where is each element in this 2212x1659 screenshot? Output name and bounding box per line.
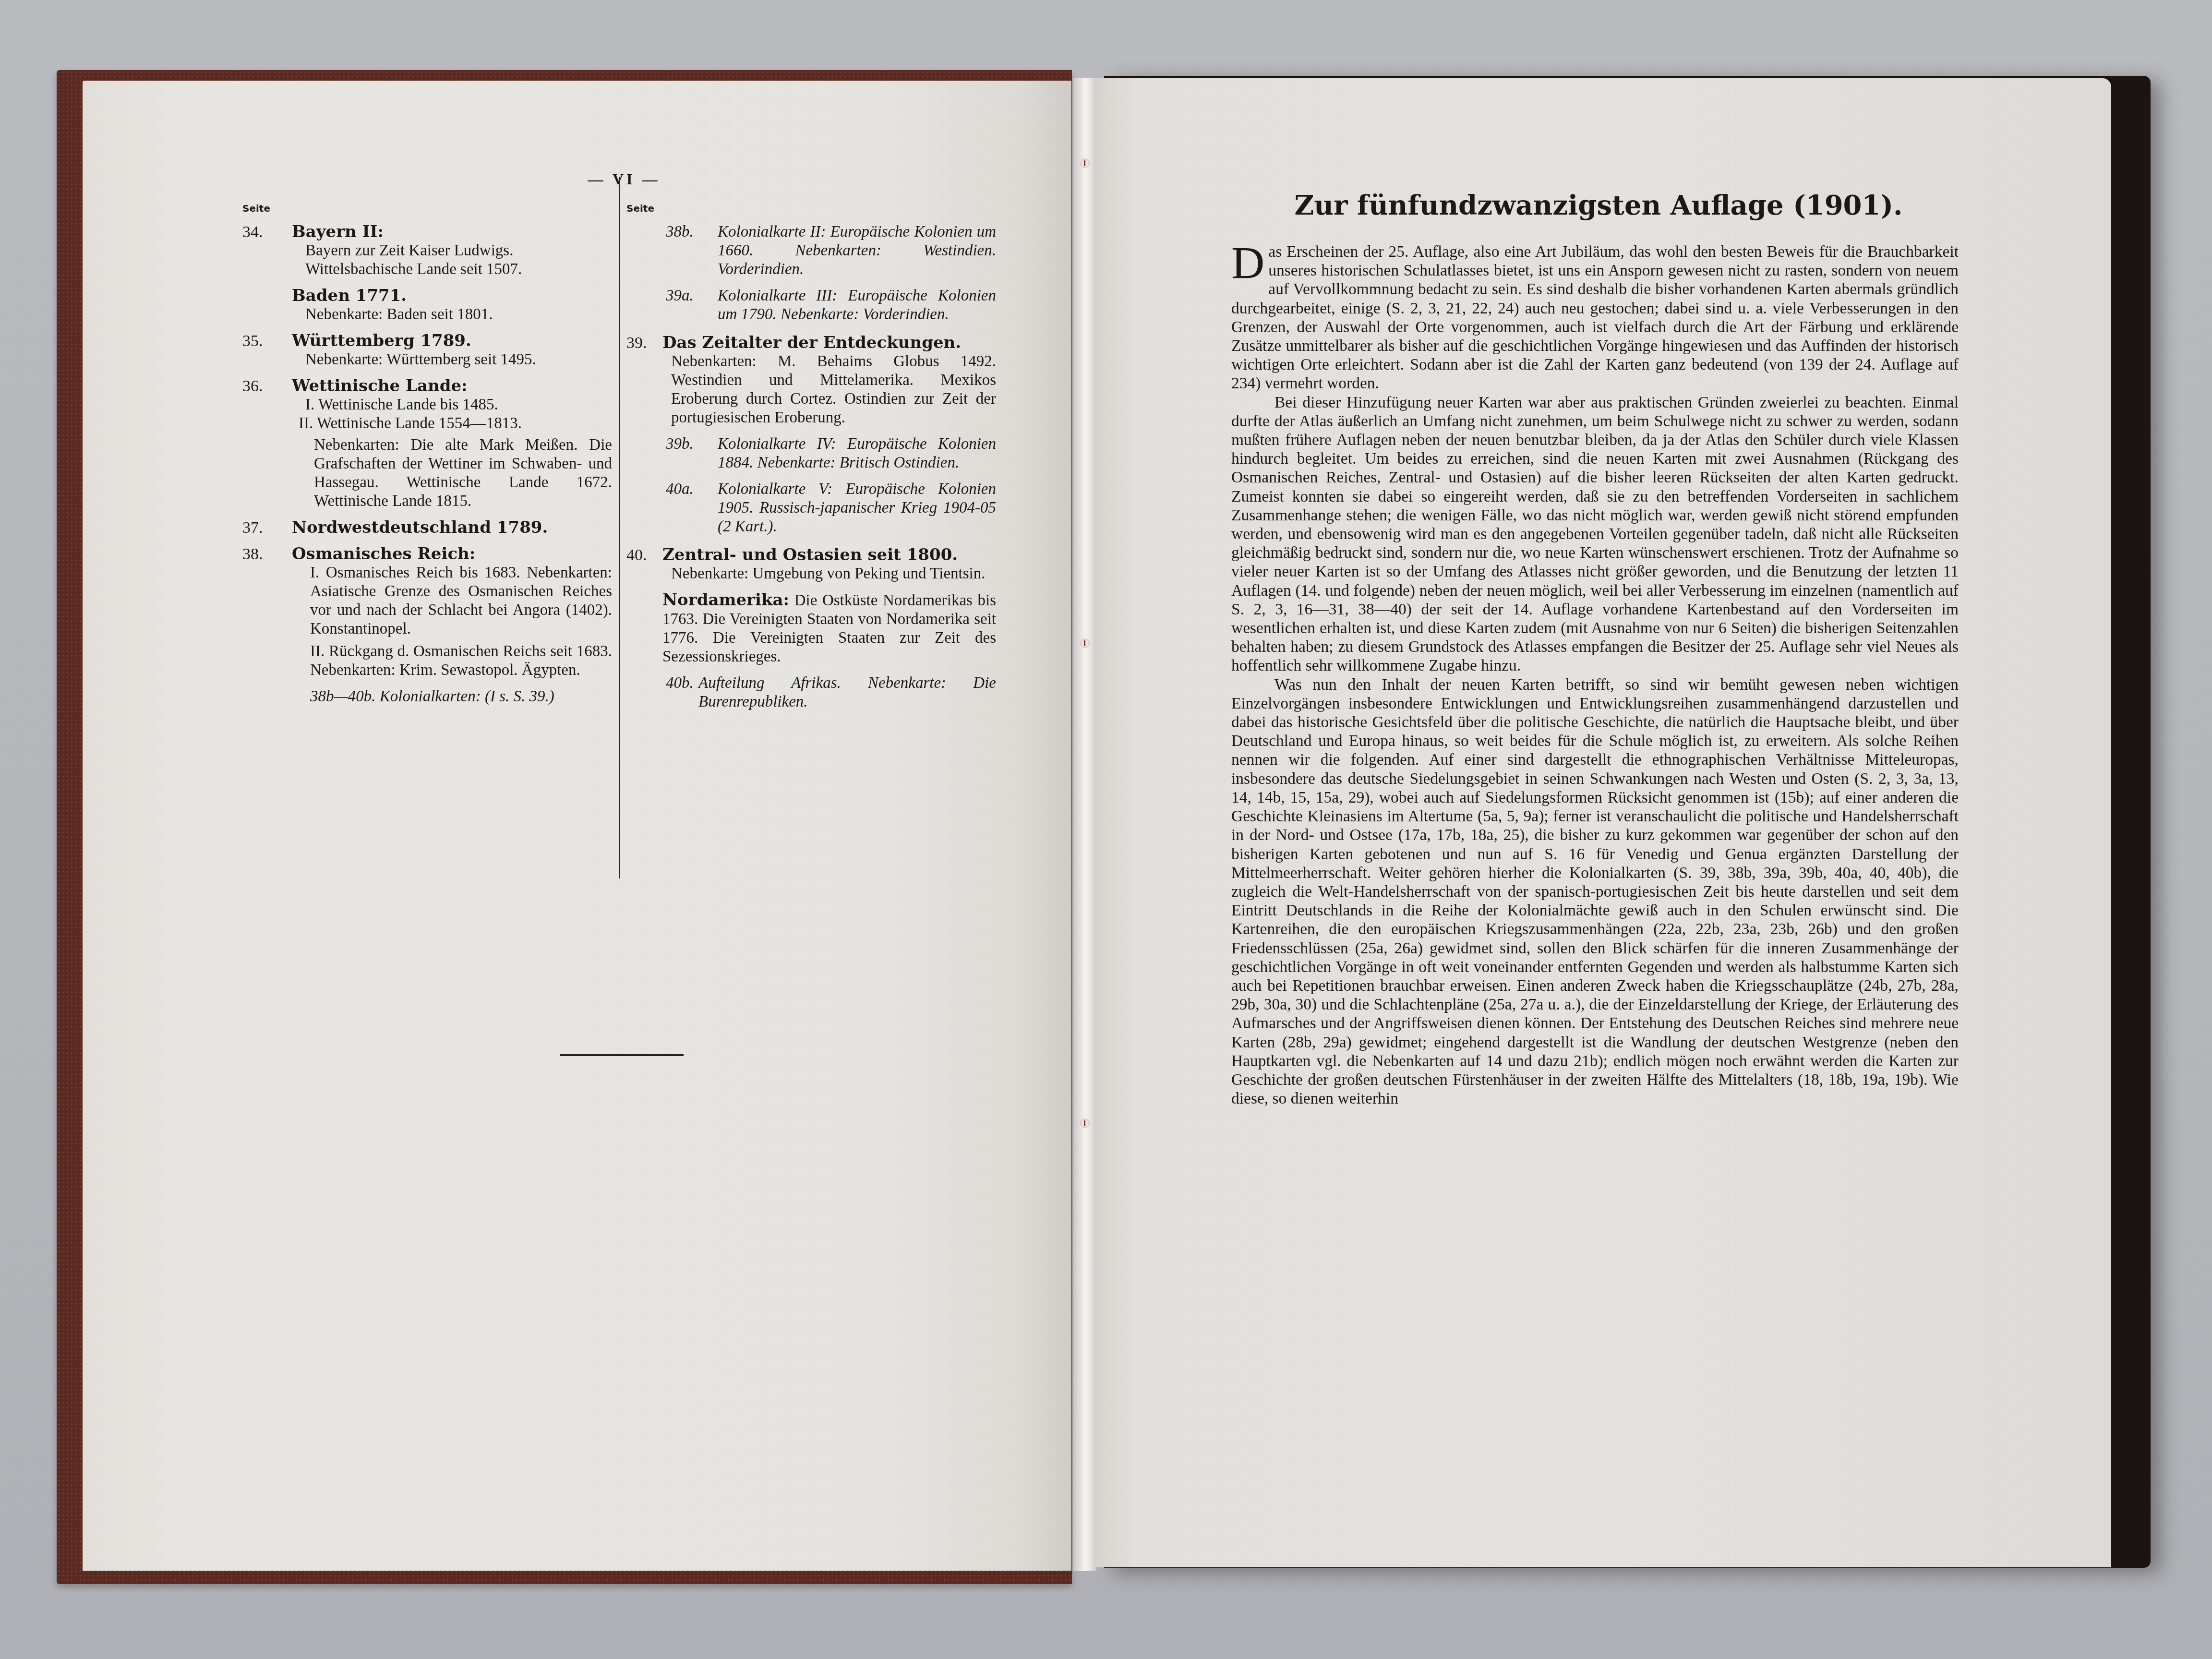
entry-number: 37.	[242, 518, 263, 537]
entry-number: 40a.	[666, 480, 694, 499]
entry-title: Baden 1771.	[292, 287, 612, 305]
binding-stitch	[1080, 638, 1090, 648]
toc-entry-italic: 40a. Kolonialkarte V: Europäische Koloni…	[626, 480, 996, 536]
entry-number: 35.	[242, 332, 263, 350]
entry-number: 34.	[242, 223, 263, 241]
toc-entry-italic: 39b. Kolonialkarte IV: Europäische Kolon…	[626, 435, 996, 472]
entry-line: II. Rückgang d. Osmanischen Reichs seit …	[310, 642, 612, 680]
entry-title: Bayern II:	[292, 223, 612, 241]
book-spine-gutter	[1073, 78, 1096, 1571]
entry-number: 39.	[626, 334, 647, 352]
entry-line: II. Wettinische Lande 1554—1813.	[299, 414, 612, 433]
toc-entry-italic: 39a. Kolonialkarte III: Europäische Kolo…	[626, 287, 996, 324]
toc-entry: 40. Zentral- und Ostasien seit 1800. Neb…	[626, 546, 996, 583]
entry-number: 36.	[242, 377, 263, 396]
paragraph-text: Was nun den Inhalt der neuen Karten betr…	[1231, 676, 1959, 1107]
entry-italic-text: Kolonialkarten: (I s. S. 39.)	[380, 688, 554, 705]
column-label: Seite	[626, 199, 996, 218]
entry-number: 40b.	[666, 674, 694, 693]
toc-entry: 38. Osmanisches Reich: I. Osmanisches Re…	[242, 545, 612, 680]
entry-italic-text: Aufteilung Afrikas. Nebenkarte: Die Bure…	[698, 674, 996, 710]
toc-entry: 39. Das Zeitalter der Entdeckungen. Nebe…	[626, 334, 996, 427]
drop-cap: D	[1231, 244, 1264, 282]
entry-line: Nebenkarten: Die alte Mark Meißen. Die G…	[314, 436, 612, 511]
entry-line: Nebenkarte: Umgebung von Peking und Tien…	[671, 565, 996, 583]
entry-title: Wettinische Lande:	[292, 377, 612, 396]
toc-entry-italic: 38b—40b. Kolonialkarten: (I s. S. 39.)	[242, 687, 612, 706]
entry-number: 39b.	[666, 435, 694, 454]
entry-line: Nebenkarte: Baden seit 1801.	[305, 305, 612, 324]
paragraph-text: as Erscheinen der 25. Auflage, also eine…	[1231, 243, 1959, 392]
column-label: Seite	[242, 199, 612, 218]
paragraph: Was nun den Inhalt der neuen Karten betr…	[1231, 675, 1959, 1108]
entry-line: Nebenkarte: Württemberg seit 1495.	[305, 350, 612, 369]
paragraph-text: Bei dieser Hinzufügung neuer Karten war …	[1231, 394, 1959, 675]
end-rule	[560, 1054, 684, 1056]
entry-number: 40.	[626, 546, 647, 565]
entry-number: 38b.	[666, 223, 694, 241]
toc-entry: 37. Nordwestdeutschland 1789.	[242, 518, 612, 537]
entry-line: Nebenkarten: M. Behaims Globus 1492. Wes…	[671, 352, 996, 427]
entry-number: 39a.	[666, 287, 694, 305]
binding-stitch	[1080, 1118, 1090, 1128]
paragraph: Das Erscheinen der 25. Auflage, also ein…	[1231, 242, 1959, 393]
running-head: — VI —	[576, 170, 672, 188]
entry-title: Nordamerika:	[662, 590, 789, 610]
preface-body: Das Erscheinen der 25. Auflage, also ein…	[1231, 242, 1959, 1108]
entry-italic-text: Kolonialkarte V: Europäische Kolonien 19…	[718, 481, 996, 535]
entry-number: 38b—40b.	[310, 688, 376, 705]
toc-entry-italic: 38b. Kolonialkarte II: Europäische Kolon…	[626, 223, 996, 279]
entry-title: Nordwestdeutschland 1789.	[292, 518, 612, 537]
entry-number: 38.	[242, 545, 263, 564]
toc-entry: 36. Wettinische Lande: I. Wettinische La…	[242, 377, 612, 511]
paragraph: Bei dieser Hinzufügung neuer Karten war …	[1231, 393, 1959, 675]
binding-stitch	[1080, 158, 1090, 168]
toc-entry-italic: 40b. Aufteilung Afrikas. Nebenkarte: Die…	[626, 674, 996, 711]
toc-column-right: Seite 38b. Kolonialkarte II: Europäische…	[626, 199, 996, 719]
entry-title: Osmanisches Reich:	[292, 545, 612, 564]
entry-italic-text: Kolonialkarte III: Europäische Kolonien …	[718, 287, 996, 323]
entry-line: Bayern zur Zeit Kaiser Ludwigs.	[305, 241, 612, 260]
entry-italic-text: Kolonialkarte II: Europäische Kolonien u…	[718, 223, 996, 278]
toc-column-left: Seite 34. Bayern II: Bayern zur Zeit Kai…	[242, 199, 612, 714]
entry-italic-text: Kolonialkarte IV: Europäische Kolonien 1…	[718, 435, 996, 471]
entry-line: I. Osmanisches Reich bis 1683. Nebenkart…	[310, 564, 612, 638]
toc-entry: Baden 1771. Nebenkarte: Baden seit 1801.	[242, 287, 612, 324]
entry-line: I. Wettinische Lande bis 1485.	[305, 396, 612, 414]
toc-entry: 34. Bayern II: Bayern zur Zeit Kaiser Lu…	[242, 223, 612, 279]
toc-entry: Nordamerika: Die Ostküste Nordamerikas b…	[626, 591, 996, 666]
entry-line: Wittelsbachische Lande seit 1507.	[305, 260, 612, 279]
entry-title: Das Zeitalter der Entdeckungen.	[662, 334, 996, 352]
toc-entry: 35. Württemberg 1789. Nebenkarte: Württe…	[242, 332, 612, 369]
column-divider	[619, 177, 620, 878]
entry-title: Württemberg 1789.	[292, 332, 612, 350]
entry-title: Zentral- und Ostasien seit 1800.	[662, 546, 996, 565]
section-title: Zur fünfundzwanzigsten Auflage (1901).	[1248, 190, 1949, 221]
